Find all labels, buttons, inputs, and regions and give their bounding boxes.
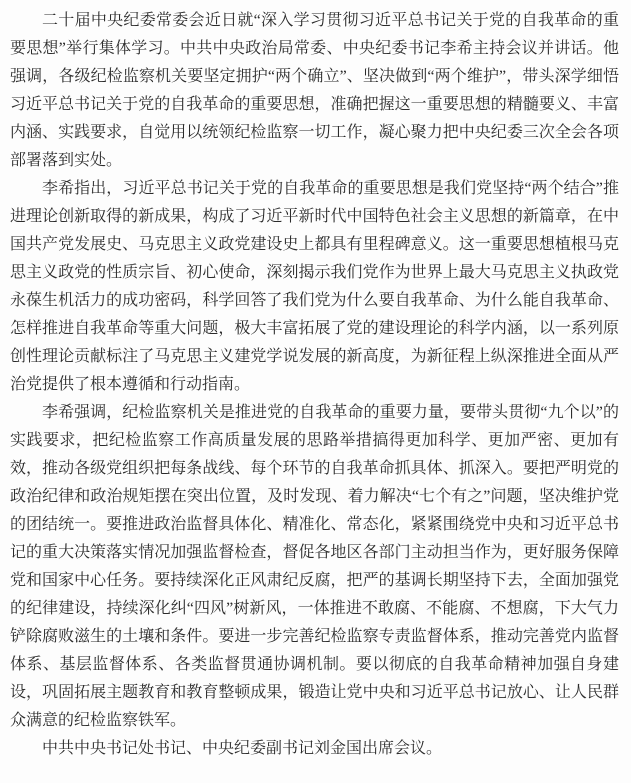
document-page: 二十届中央纪委常委会近日就“深入学习贯彻习近平总书记关于党的自我革命的重要思想”… (0, 0, 631, 783)
paragraph-lixi-pointed-out: 李希指出，习近平总书记关于党的自我革命的重要思想是我们党坚持“两个结合”推进理论… (10, 175, 619, 399)
paragraph-intro: 二十届中央纪委常委会近日就“深入学习贯彻习近平总书记关于党的自我革命的重要思想”… (10, 7, 619, 175)
paragraph-lixi-emphasized: 李希强调，纪检监察机关是推进党的自我革命的重要力量，要带头贯彻“九个以”的实践要… (10, 399, 619, 735)
paragraph-attendees: 中共中央书记处书记、中央纪委副书记刘金国出席会议。 (10, 735, 619, 763)
